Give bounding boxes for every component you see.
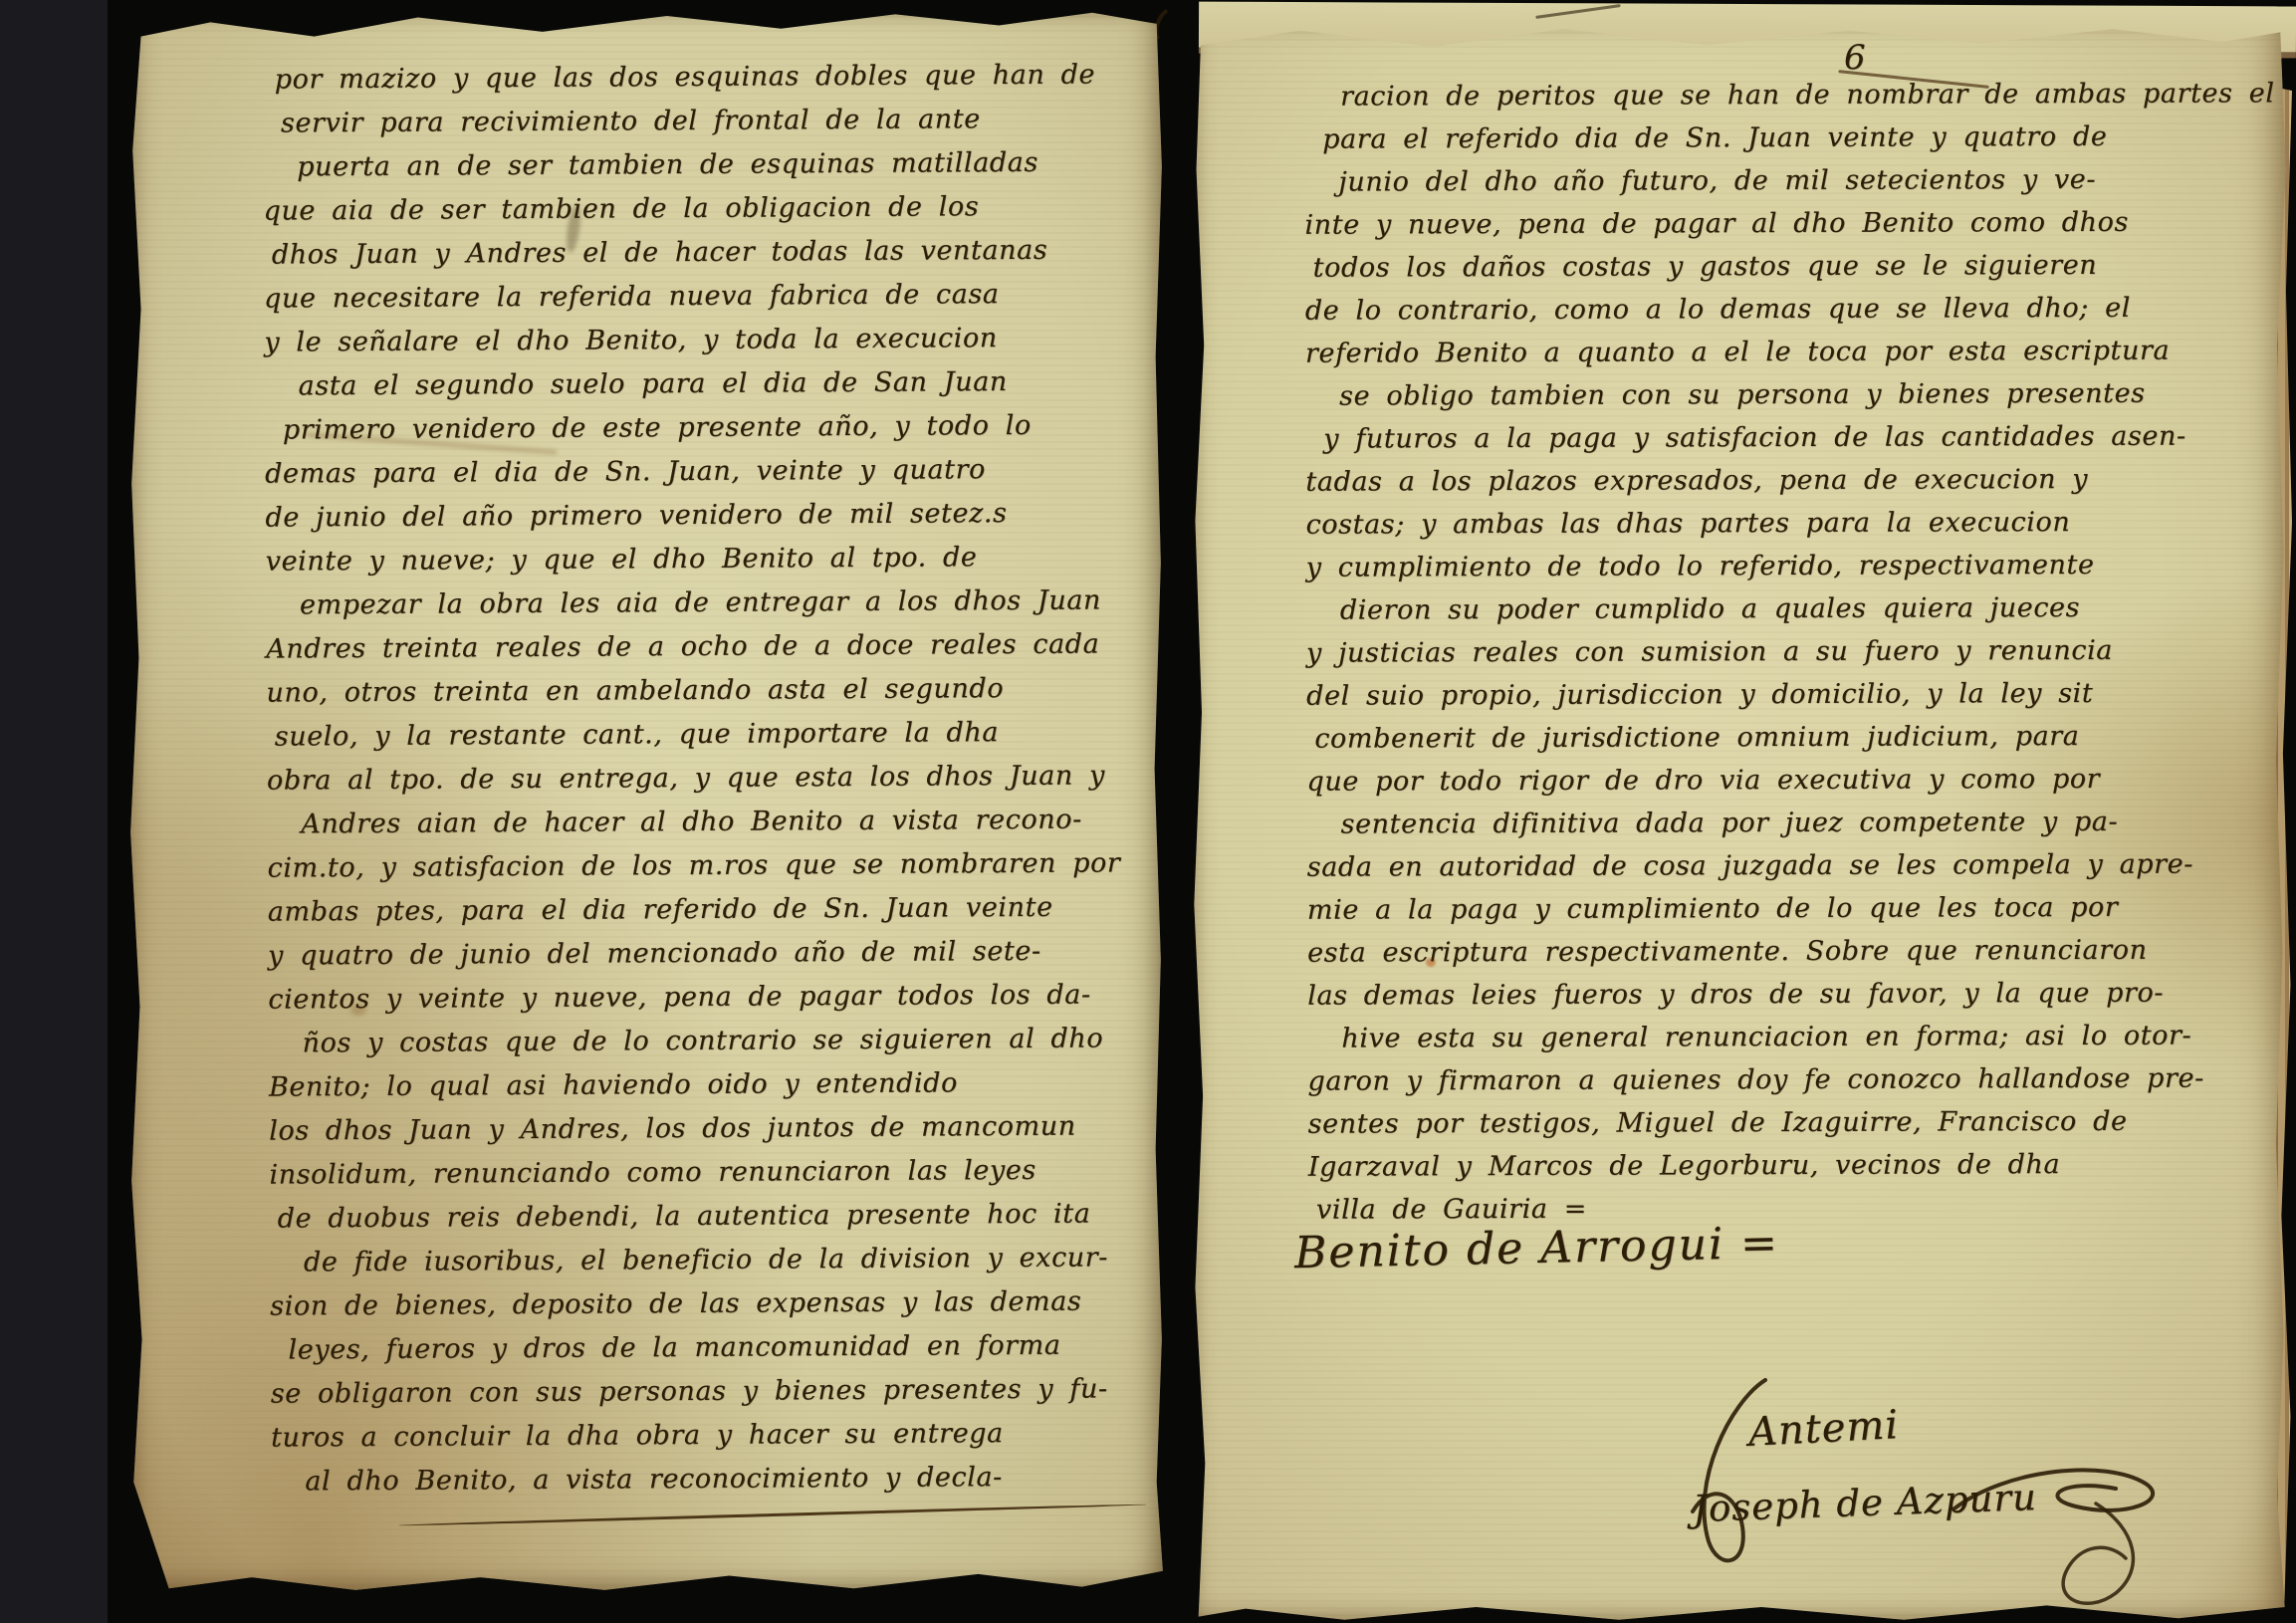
manuscript-line: ambas ptes, para el dia referido de Sn. … (268, 885, 1121, 934)
manuscript-line: y futuros a la paga y satisfacion de las… (1305, 414, 2276, 460)
manuscript-line: junio del dho año futuro, de mil setecie… (1304, 157, 2275, 203)
manuscript-line: cim.to, y satisfacion de los m.ros que s… (267, 841, 1120, 890)
manuscript-line: empezar la obra les aia de entregar a lo… (266, 579, 1119, 627)
manuscript-line: puerta an de ser tambien de esquinas mat… (263, 140, 1116, 189)
manuscript-line: se obligo tambien con su persona y biene… (1305, 371, 2276, 417)
signature-benito: Benito de Arrogui = (1294, 1218, 1780, 1278)
manuscript-line: garon y firmaron a quienes doy fe conozc… (1307, 1056, 2278, 1102)
manuscript-line: del suio propio, jurisdiccion y domicili… (1306, 671, 2277, 717)
manuscript-line: para el referido dia de Sn. Juan veinte … (1304, 115, 2275, 160)
manuscript-line: obra al tpo. de su entrega, y que esta l… (267, 754, 1120, 803)
manuscript-line: Igarzaval y Marcos de Legorburu, vecinos… (1308, 1142, 2279, 1188)
manuscript-line: todos los daños costas y gastos que se l… (1305, 243, 2276, 289)
manuscript-line: que necesitare la referida nueva fabrica… (264, 272, 1117, 321)
manuscript-line: hive esta su general renunciacion en for… (1307, 1014, 2278, 1059)
manuscript-line: leyes, fueros y dros de la mancomunidad … (270, 1323, 1123, 1372)
manuscript-scan: { "folio": { "number": "6" }, "colors": … (0, 0, 2296, 1623)
manuscript-line: racion de peritos que se han de nombrar … (1304, 72, 2275, 117)
manuscript-line: y quatro de junio del mencionado año de … (268, 929, 1121, 978)
rubric-flourish-icon (1947, 1449, 2176, 1618)
manuscript-line: y cumplimiento de todo lo referido, resp… (1306, 543, 2277, 588)
manuscript-line: Andres treinta reales de a ocho de a doc… (266, 622, 1119, 671)
manuscript-line: suelo, y la restante cant., que importar… (267, 710, 1120, 759)
manuscript-line: servir para recivimiento del frontal de … (263, 97, 1116, 145)
manuscript-line: y le señalare el dho Benito, y toda la e… (264, 316, 1117, 364)
manuscript-line: sentencia difinitiva dada por juez compe… (1307, 800, 2278, 845)
manuscript-line: sion de bienes, deposito de las expensas… (270, 1279, 1123, 1328)
manuscript-line: por mazizo y que las dos esquinas dobles… (263, 53, 1116, 102)
signature-flourish-icon (1671, 1362, 1790, 1591)
manuscript-line: de duobus reis debendi, la autentica pre… (270, 1192, 1123, 1241)
manuscript-line: de junio del año primero venidero de mil… (265, 491, 1118, 540)
scanner-bed-strip (0, 0, 108, 1623)
manuscript-line: dhos Juan y Andres el de hacer todas las… (264, 228, 1117, 277)
left-page-text: por mazizo y que las dos esquinas dobles… (263, 53, 1125, 1504)
manuscript-line: cientos y veinte y nueve, pena de pagar … (268, 973, 1121, 1022)
manuscript-line: de fide iusoribus, el beneficio de la di… (270, 1236, 1123, 1284)
manuscript-line: las demas leies fueros y dros de su favo… (1307, 971, 2278, 1017)
attestation-antemi: Antemi (1747, 1402, 1900, 1456)
manuscript-line: ños y costas que de lo contrario se sigu… (268, 1017, 1121, 1065)
manuscript-line: sada en autoridad de cosa juzgada se les… (1307, 842, 2278, 888)
manuscript-line: asta el segundo suelo para el dia de San… (264, 359, 1117, 408)
manuscript-line: que aia de ser tambien de la obligacion … (263, 184, 1116, 233)
manuscript-line: costas; y ambas las dhas partes para la … (1305, 500, 2276, 546)
manuscript-line: combenerit de jurisdictione omnium judic… (1306, 714, 2277, 760)
manuscript-line: que por todo rigor de dro via executiva … (1306, 757, 2277, 803)
manuscript-line: veinte y nueve; y que el dho Benito al t… (266, 535, 1119, 583)
manuscript-line: mie a la paga y cumplimiento de lo que l… (1307, 885, 2278, 931)
manuscript-line: primero venidero de este presente año, y… (265, 403, 1118, 452)
manuscript-line: sentes por testigos, Miguel de Izaguirre… (1308, 1099, 2279, 1145)
manuscript-line: esta escriptura respectivamente. Sobre q… (1307, 928, 2278, 974)
manuscript-line: referido Benito a quanto a el le toca po… (1305, 329, 2276, 374)
manuscript-line: inte y nueve, pena de pagar al dho Benit… (1304, 200, 2275, 246)
manuscript-line: y justicias reales con sumision a su fue… (1306, 628, 2277, 674)
manuscript-line: demas para el dia de Sn. Juan, veinte y … (265, 447, 1118, 496)
manuscript-line: los dhos Juan y Andres, los dos juntos d… (269, 1104, 1122, 1153)
manuscript-line: dieron su poder cumplido a quales quiera… (1306, 585, 2277, 631)
manuscript-line: turos a concluir la dha obra y hacer su … (271, 1411, 1124, 1460)
manuscript-line: tadas a los plazos expresados, pena de e… (1305, 457, 2276, 503)
right-page-text: racion de peritos que se han de nombrar … (1304, 72, 2279, 1231)
manuscript-line: al dho Benito, a vista reconocimiento y … (271, 1455, 1124, 1504)
manuscript-line: Andres aian de hacer al dho Benito a vis… (267, 798, 1120, 846)
manuscript-line: se obligaron con sus personas y bienes p… (271, 1367, 1124, 1416)
manuscript-line: uno, otros treinta en ambelando asta el … (266, 666, 1119, 715)
manuscript-line: insolidum, renunciando como renunciaron … (269, 1148, 1122, 1197)
manuscript-line: Benito; lo qual asi haviendo oido y ente… (269, 1060, 1122, 1109)
manuscript-line: de lo contrario, como a lo demas que se … (1305, 286, 2276, 332)
